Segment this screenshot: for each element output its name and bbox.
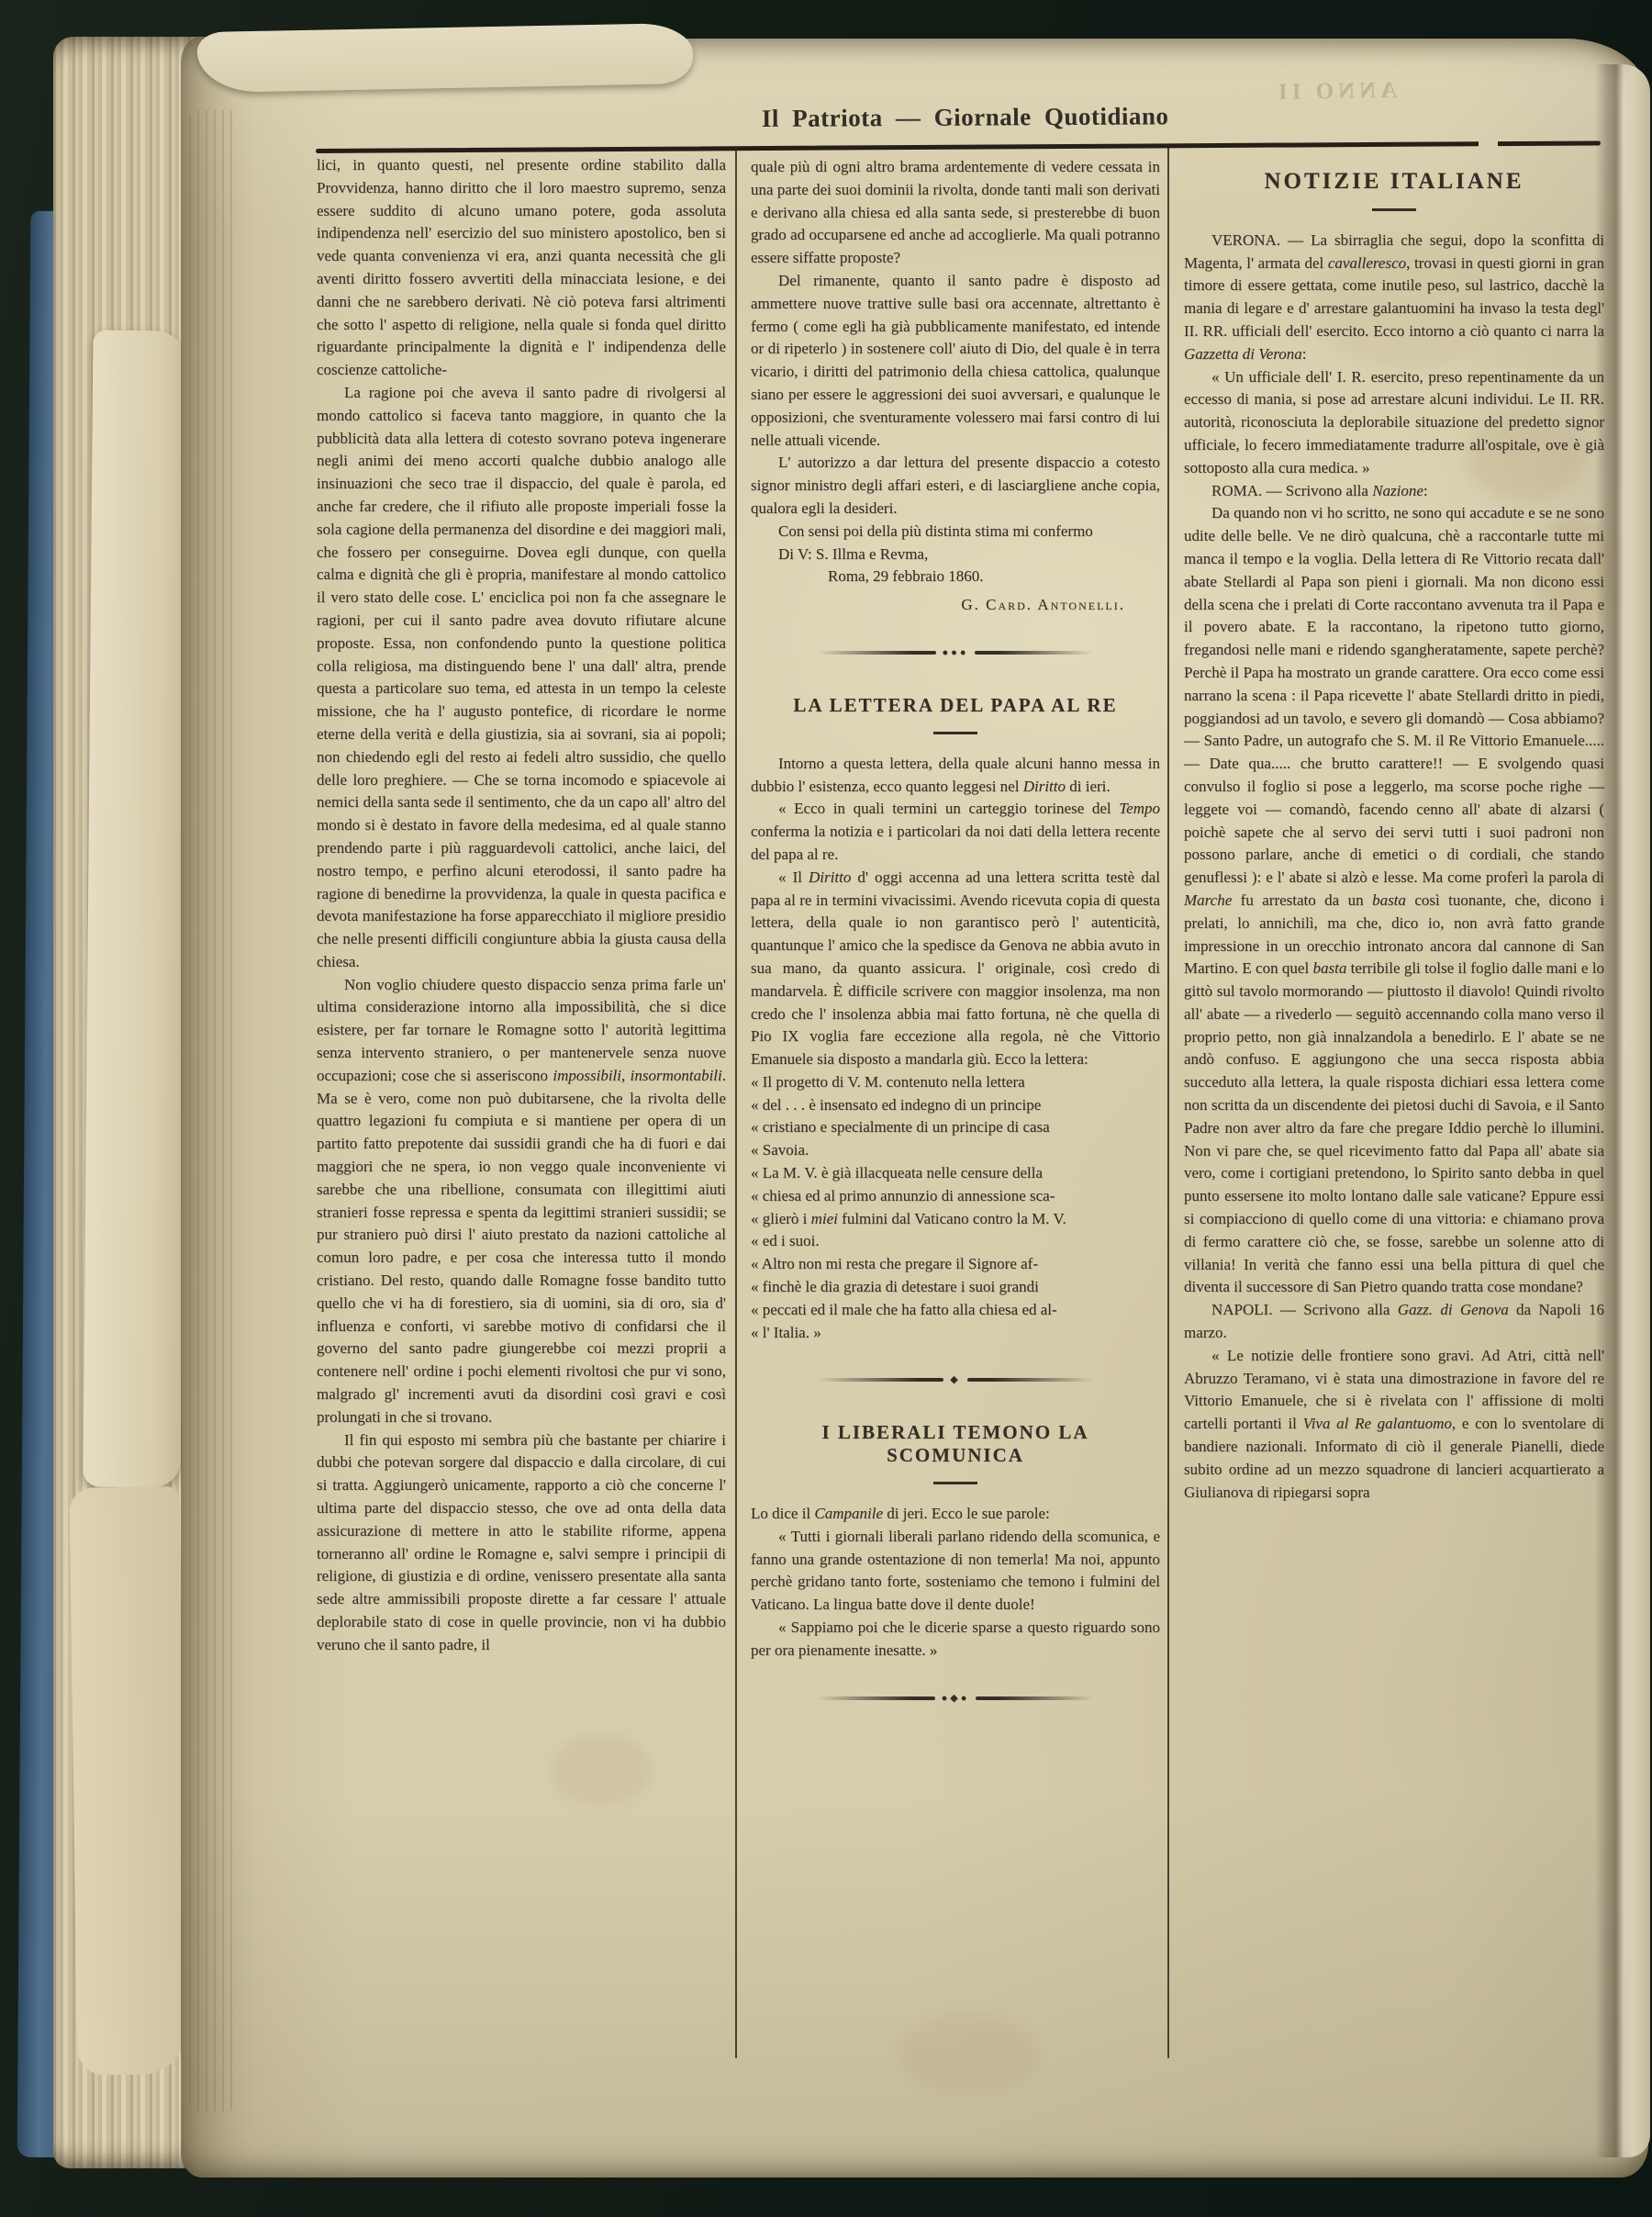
quote-line: « Altro non mi resta che pregare il Sign…	[751, 1253, 1160, 1276]
ornament-rule: ◆	[818, 1375, 1093, 1384]
column-divider-right	[1167, 147, 1169, 2058]
continuation-paragraph: Lo dice il Campanile di jeri. Ecco le su…	[751, 1503, 1160, 1526]
quote-line: « finchè le dia grazia di detestare i su…	[751, 1276, 1160, 1299]
paragraph: « Tutti i giornali liberali parlano ride…	[751, 1526, 1160, 1617]
signature: G. Card. Antonelli.	[751, 594, 1125, 617]
page-stack-patch	[70, 1486, 188, 2076]
column-right: NOTIZIE ITALIANEVERONA. — La sbirraglia …	[1184, 158, 1604, 1504]
quote-line: « Il progetto di V. M. contenuto nella l…	[751, 1071, 1160, 1094]
paragraph: Con sensi poi della più distinta stima m…	[751, 521, 1160, 543]
continuation-paragraph: quale più di ogni altro brama ardentemen…	[751, 156, 1160, 270]
column-divider-left	[735, 147, 737, 2058]
quote-line: « cristiano e specialmente di un princip…	[751, 1116, 1160, 1139]
paragraph: La ragione poi che aveva il santo padre …	[317, 382, 726, 974]
column-left: lici, in quanto questi, nel presente ord…	[317, 154, 726, 1657]
ornament-rule: ●◆●	[818, 1694, 1093, 1703]
column-middle: quale più di ogni altro brama ardentemen…	[751, 156, 1160, 1730]
closing-line: Di V: S. Illma e Revma,	[751, 543, 1160, 566]
gutter-page-edges	[189, 110, 237, 2111]
quote-line: « ed i suoi.	[751, 1230, 1160, 1253]
paragraph: ROMA. — Scrivono alla Nazione:	[1184, 480, 1604, 503]
masthead-title: Il Patriota — Giornale Quotidiano	[762, 102, 1169, 133]
quote-line: « chiesa ed al primo annunzio di annessi…	[751, 1185, 1160, 1208]
paragraph: Da quando non vi ho scritto, ne sono qui…	[1184, 502, 1604, 1299]
paragraph: « Ecco in quali termini un carteggio tor…	[751, 798, 1160, 866]
paragraph: Il fin qui esposto mi sembra più che bas…	[317, 1429, 726, 1657]
ornament-center: ●◆●	[942, 1694, 970, 1703]
age-stain	[899, 2015, 1037, 2092]
ornament-center: ●●●	[943, 648, 969, 657]
paragraph: « Le notizie delle frontiere sono gravi.…	[1184, 1345, 1604, 1505]
paragraph: VERONA. — La sbirraglia che segui, dopo …	[1184, 230, 1604, 366]
age-stain	[551, 1735, 652, 1805]
paragraph: L' autorizzo a dar lettura del presente …	[751, 452, 1160, 520]
paragraph: NAPOLI. — Scrivono alla Gazz. di Genova …	[1184, 1299, 1604, 1345]
scan-background: ANNO II Il Patriota — Giornale Quotidian…	[0, 0, 1652, 2217]
ornament-bar	[976, 1696, 1093, 1700]
section-heading: LA LETTERA DEL PAPA AL RE	[751, 694, 1160, 717]
quote-line: « del . . . è insensato ed indegno di un…	[751, 1094, 1160, 1117]
heading-dash	[933, 1482, 977, 1484]
date-line: Roma, 29 febbraio 1860.	[751, 565, 1160, 588]
quote-line: « l' Italia. »	[751, 1322, 1160, 1345]
paragraph: « Sappiamo poi che le dicerie sparse a q…	[751, 1617, 1160, 1663]
continuation-paragraph: lici, in quanto questi, nel presente ord…	[317, 154, 726, 382]
bleedthrough-text: ANNO II	[1274, 78, 1398, 106]
heading-dash	[1372, 208, 1416, 211]
paragraph: Non voglio chiudere questo dispaccio sen…	[317, 974, 726, 1429]
quote-line: « Savoia.	[751, 1139, 1160, 1162]
ornament-bar	[818, 651, 936, 655]
column-heading: NOTIZIE ITALIANE	[1184, 171, 1604, 194]
ornament-center: ◆	[950, 1375, 960, 1384]
paragraph: Intorno a questa lettera, della quale al…	[751, 753, 1160, 799]
page-top-fold	[196, 23, 693, 93]
section-heading: I LIBERALI TEMONO LA SCOMUNICA	[751, 1421, 1160, 1467]
quote-line: « peccati ed il male che ha fatto alla c…	[751, 1299, 1160, 1322]
ornament-bar	[967, 1378, 1093, 1382]
ornament-bar	[818, 1378, 943, 1382]
paragraph: « Il Diritto d' oggi accenna ad una lett…	[751, 867, 1160, 1071]
page-stack-patch	[84, 330, 191, 1488]
quote-line: « La M. V. è già illacqueata nelle censu…	[751, 1162, 1160, 1185]
ornament-bar	[818, 1696, 935, 1700]
paragraph: Del rimanente, quanto il santo padre è d…	[751, 270, 1160, 452]
paragraph: « Un ufficiale dell' I. R. esercito, pre…	[1184, 366, 1604, 480]
quote-line: « glierò i miei fulmini dal Vaticano con…	[751, 1208, 1160, 1231]
heading-dash	[933, 732, 977, 734]
ornament-rule: ●●●	[818, 648, 1093, 657]
ornament-bar	[975, 651, 1093, 655]
